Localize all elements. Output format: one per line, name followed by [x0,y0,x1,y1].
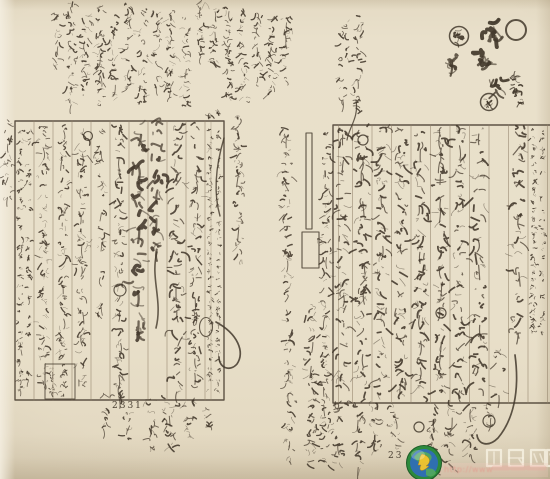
scanned-manuscript-spread: 2331 23 http://www [0,0,550,479]
handwriting-right-margin [335,16,366,114]
globe-logo [407,446,442,479]
handwriting-right-page [328,124,547,479]
watermark-url-text: http://www [444,464,548,476]
handwriting-gutter [230,116,336,470]
manuscript-ink-layer [0,0,550,479]
handwriting-left-margin [51,0,292,113]
